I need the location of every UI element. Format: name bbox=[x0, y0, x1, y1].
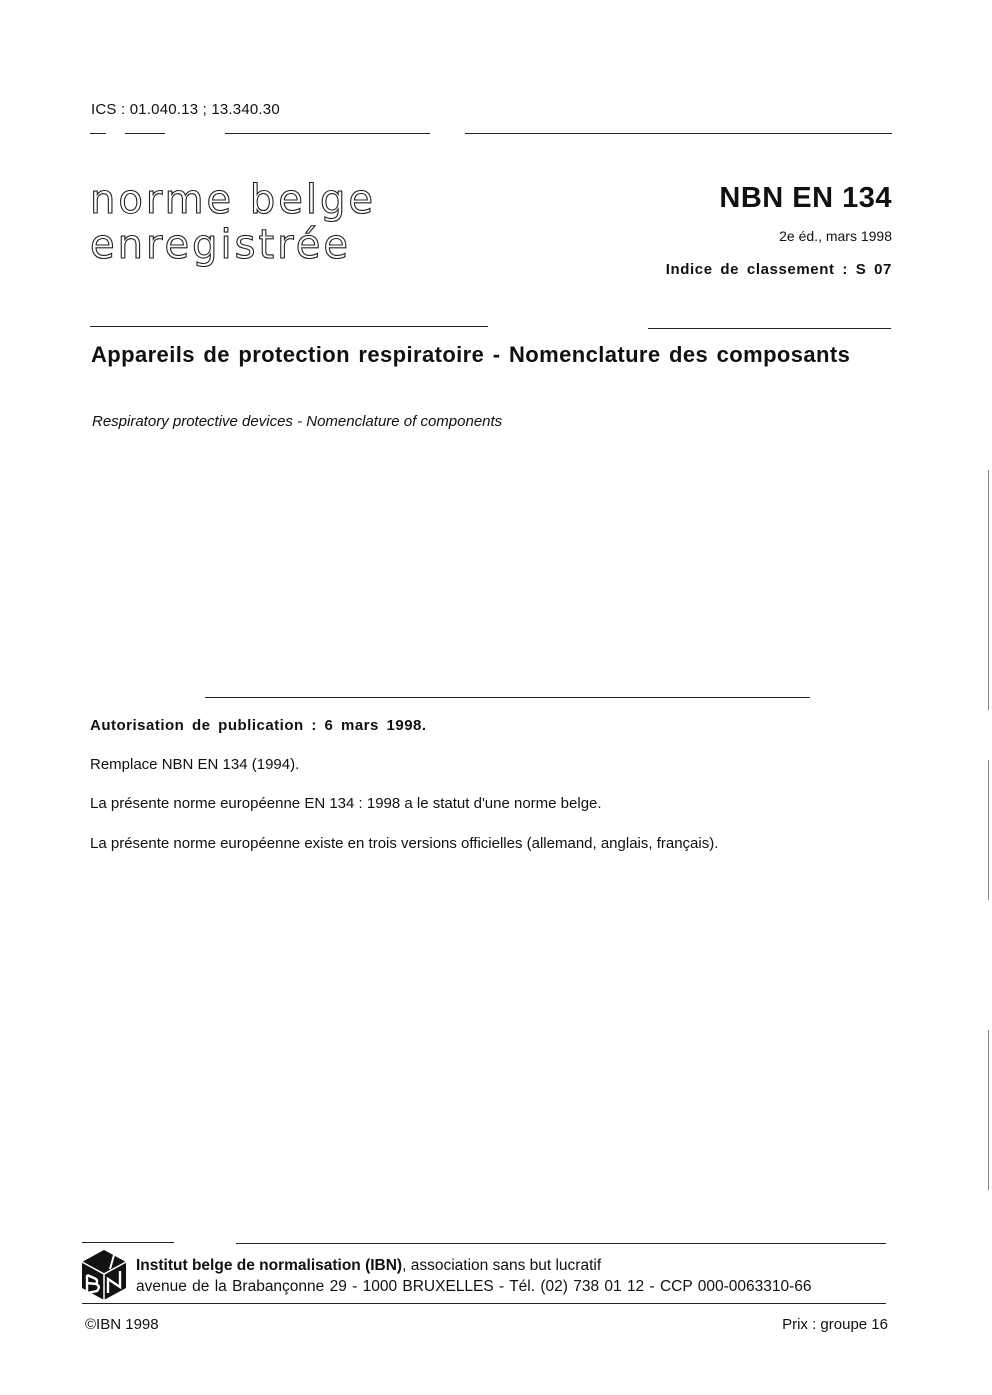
brand-title-line2: enregistrée bbox=[90, 225, 351, 265]
ics-code: ICS : 01.040.13 ; 13.340.30 bbox=[91, 101, 280, 118]
footer-address: avenue de la Brabançonne 29 - 1000 BRUXE… bbox=[136, 1278, 811, 1296]
organisation-suffix: , association sans but lucratif bbox=[402, 1257, 601, 1274]
scan-artifact bbox=[988, 470, 989, 710]
footer-organisation: Institut belge de normalisation (IBN), a… bbox=[136, 1257, 601, 1275]
edition-date: 2e éd., mars 1998 bbox=[779, 228, 892, 244]
standard-number: NBN EN 134 bbox=[719, 182, 892, 215]
document-title-french: Appareils de protection respiratoire - N… bbox=[91, 342, 891, 367]
scan-artifact bbox=[988, 760, 989, 900]
status-note: La présente norme européenne EN 134 : 19… bbox=[90, 795, 602, 812]
footer-rule-top-left bbox=[82, 1242, 174, 1243]
versions-note: La présente norme européenne existe en t… bbox=[90, 835, 718, 852]
ibn-cube-logo-icon bbox=[80, 1249, 128, 1301]
replaces-note: Remplace NBN EN 134 (1994). bbox=[90, 756, 299, 773]
footer-rule-top-right bbox=[236, 1243, 886, 1244]
header-rule-right bbox=[465, 133, 892, 134]
footer-rule-bottom bbox=[82, 1303, 886, 1304]
title-rule-right bbox=[648, 328, 891, 329]
scan-artifact bbox=[988, 1030, 989, 1190]
header-rule-left-1 bbox=[90, 133, 106, 134]
organisation-name: Institut belge de normalisation (IBN) bbox=[136, 1257, 402, 1274]
header-rule-mid bbox=[225, 133, 430, 134]
classification-index: Indice de classement : S 07 bbox=[666, 261, 892, 278]
copyright-notice: ©IBN 1998 bbox=[85, 1316, 159, 1333]
publication-rule bbox=[205, 697, 810, 698]
document-title-english: Respiratory protective devices - Nomencl… bbox=[92, 413, 502, 430]
title-rule-left bbox=[90, 326, 488, 327]
price-group: Prix : groupe 16 bbox=[782, 1316, 888, 1333]
publication-authorisation: Autorisation de publication : 6 mars 199… bbox=[90, 717, 427, 734]
brand-title-line1: norme belge bbox=[90, 180, 376, 220]
header-rule-left-2 bbox=[125, 133, 165, 134]
